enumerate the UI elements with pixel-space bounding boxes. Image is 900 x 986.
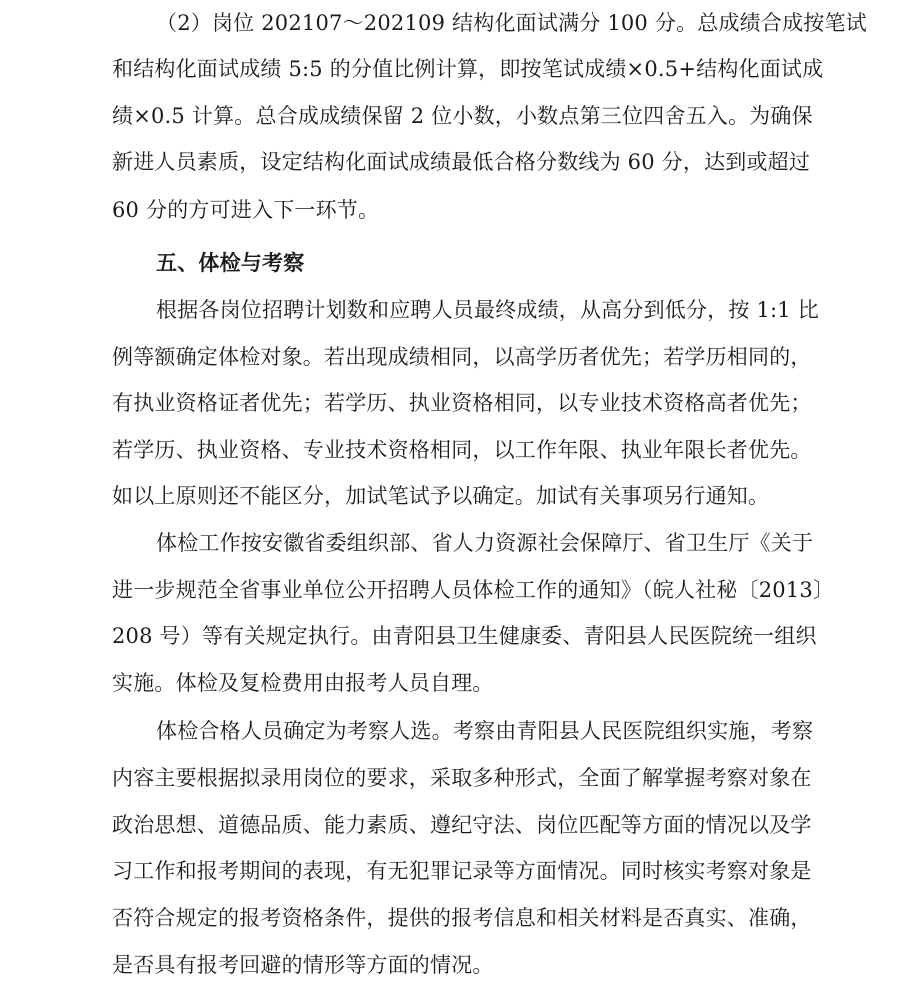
text-line: （2）岗位 202107～202109 结构化面试满分 100 分。总成绩合成按…	[112, 8, 802, 38]
text-line: 政治思想、道德品质、能力素质、遵纪守法、岗位匹配等方面的情况以及学	[112, 810, 802, 840]
text-line: 否符合规定的报考资格条件，提供的报考信息和相关材料是否真实、准确，	[112, 903, 802, 933]
text-line: 如以上原则还不能区分，加试笔试予以确定。加试有关事项另行通知。	[112, 481, 802, 511]
text-line: 体检合格人员确定为考察人选。考察由青阳县人民医院组织实施，考察	[112, 716, 802, 746]
text-line: 实施。体检及复检费用由报考人员自理。	[112, 668, 802, 698]
text-line: 若学历、执业资格、专业技术资格相同，以工作年限、执业年限长者优先。	[112, 435, 802, 465]
text-line: 进一步规范全省事业单位公开招聘人员体检工作的通知》（皖人社秘〔2013〕	[112, 575, 802, 605]
text-line: 习工作和报考期间的表现，有无犯罪记录等方面情况。同时核实考察对象是	[112, 856, 802, 886]
text-line: 208 号）等有关规定执行。由青阳县卫生健康委、青阳县人民医院统一组织	[112, 621, 802, 651]
text-line: 根据各岗位招聘计划数和应聘人员最终成绩，从高分到低分，按 1:1 比	[112, 295, 802, 325]
text-line: 体检工作按安徽省委组织部、省人力资源社会保障厅、省卫生厅《关于	[112, 528, 802, 558]
text-line: 是否具有报考回避的情形等方面的情况。	[112, 950, 802, 980]
section-heading: 五、体检与考察	[112, 248, 802, 278]
text-line: 例等额确定体检对象。若出现成绩相同，以高学历者优先；若学历相同的，	[112, 342, 802, 372]
text-line: 内容主要根据拟录用岗位的要求，采取多种形式，全面了解掌握考察对象在	[112, 763, 802, 793]
text-line: 绩×0.5 计算。总合成成绩保留 2 位小数，小数点第三位四舍五入。为确保	[112, 101, 802, 131]
text-line: 和结构化面试成绩 5:5 的分值比例计算，即按笔试成绩×0.5+结构化面试成	[112, 54, 802, 84]
text-line: 60 分的方可进入下一环节。	[112, 195, 802, 225]
text-line: 新进人员素质，设定结构化面试成绩最低合格分数线为 60 分，达到或超过	[112, 147, 802, 177]
text-line: 有执业资格证者优先；若学历、执业资格相同，以专业技术资格高者优先；	[112, 388, 802, 418]
